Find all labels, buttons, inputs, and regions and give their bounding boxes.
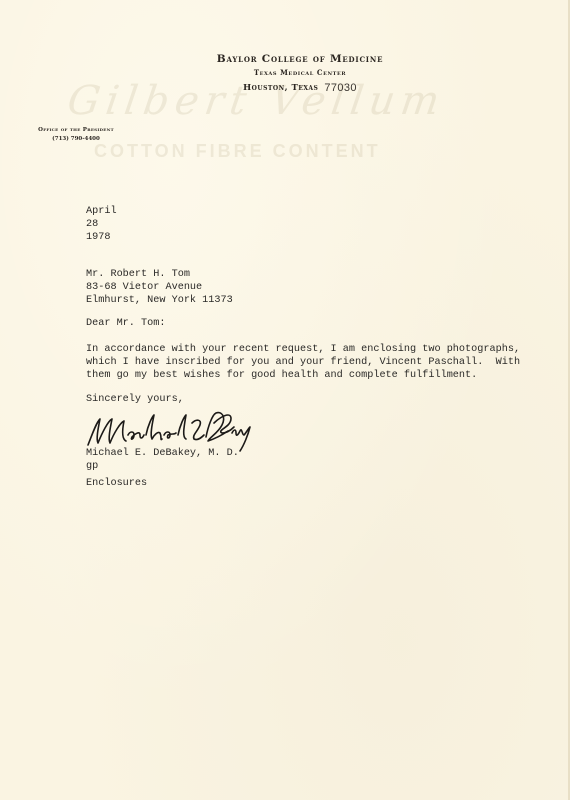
recipient-address: Mr. Robert H. Tom 83-68 Vietor Avenue El… <box>86 269 233 307</box>
enclosures-note: Enclosures <box>86 478 147 491</box>
recipient-street: 83-68 Vietor Avenue <box>86 282 202 293</box>
date-year: 1978 <box>86 232 110 243</box>
recipient-name: Mr. Robert H. Tom <box>86 269 190 280</box>
letter-body: In accordance with your recent request, … <box>86 344 520 382</box>
date-day: 28 <box>86 219 98 230</box>
signer-name: Michael E. DeBakey, M. D. <box>86 448 239 461</box>
letterhead: Baylor College of Medicine Texas Medical… <box>190 52 410 95</box>
watermark-content: COTTON FIBRE CONTENT <box>94 141 381 162</box>
letterhead-institution: Baylor College of Medicine <box>190 52 410 66</box>
salutation: Dear Mr. Tom: <box>86 318 165 331</box>
body-line: In accordance with your recent request, … <box>86 344 520 355</box>
letter-page: Gilbert Vellum COTTON FIBRE CONTENT Bayl… <box>0 0 570 800</box>
typist-initials: gp <box>86 461 98 474</box>
letter-date: April 28 1978 <box>86 206 117 244</box>
body-line: them go my best wishes for good health a… <box>86 370 477 381</box>
letterhead-zip: 77030 <box>324 82 357 94</box>
recipient-city: Elmhurst, New York 11373 <box>86 295 233 306</box>
office-block: Office of the President (713) 790-4400 <box>26 126 126 144</box>
office-title: Office of the President <box>26 126 126 135</box>
letterhead-center: Texas Medical Center <box>190 67 410 79</box>
body-line: which I have inscribed for you and your … <box>86 357 520 368</box>
letterhead-address: Houston, Texas77030 <box>190 81 410 95</box>
office-phone: (713) 790-4400 <box>26 135 126 144</box>
letterhead-city: Houston, Texas <box>243 83 318 93</box>
date-month: April <box>86 206 117 217</box>
